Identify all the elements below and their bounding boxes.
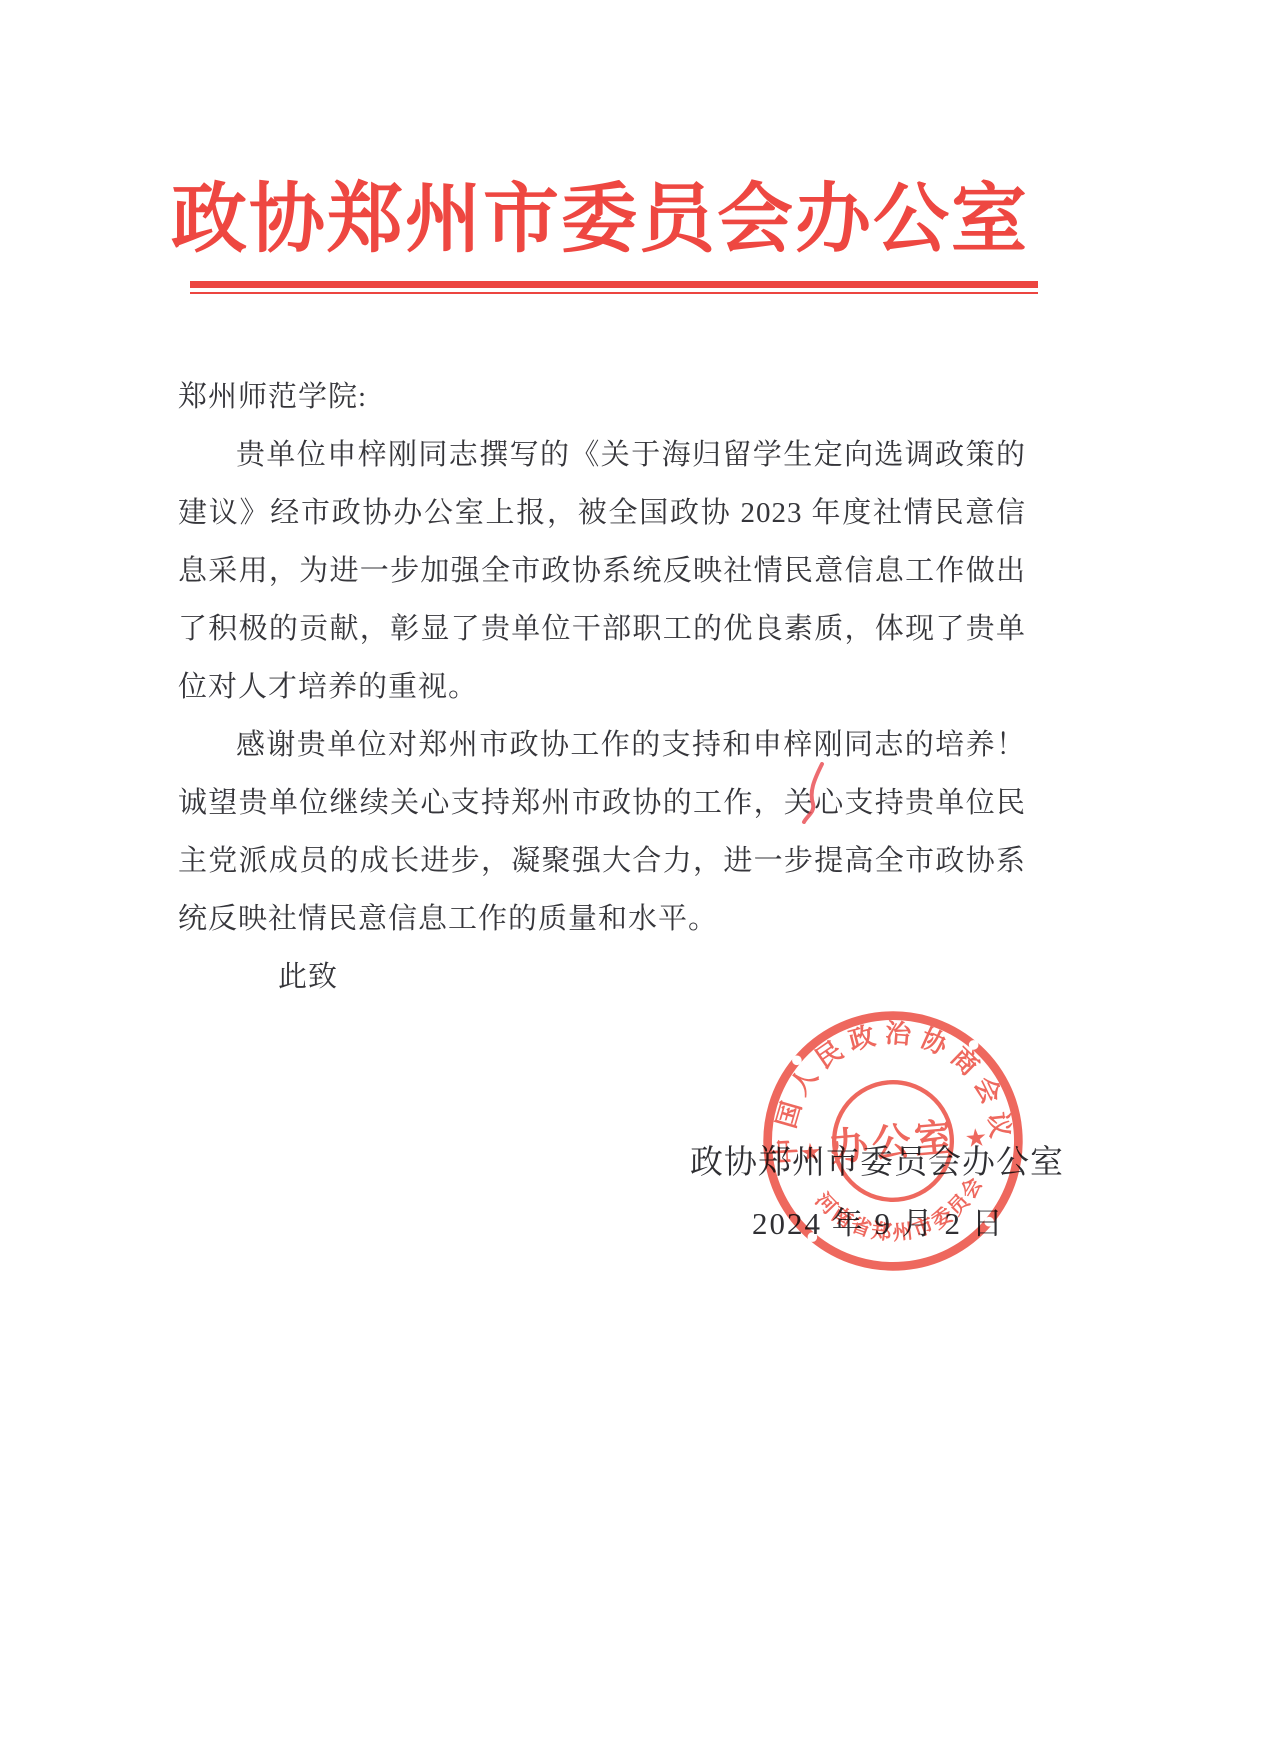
- salutation: 郑州师范学院:: [178, 368, 1026, 426]
- signature: 政协郑州市委员会办公室: [690, 1136, 1064, 1183]
- paragraph-2: 感谢贵单位对郑州市政协工作的支持和申梓刚同志的培养！诚望贵单位继续关心支持郑州市…: [178, 716, 1026, 948]
- divider-thick-line: [190, 281, 1038, 288]
- letter-body: 郑州师范学院: 贵单位申梓刚同志撰写的《关于海归留学生定向选调政策的建议》经市政…: [178, 368, 1026, 1006]
- closing-phrase: 此致: [178, 948, 1026, 1006]
- paragraph-1: 贵单位申梓刚同志撰写的《关于海归留学生定向选调政策的建议》经市政协办公室上报，被…: [178, 426, 1026, 716]
- letter-page: 政协郑州市委员会办公室 郑州师范学院: 贵单位申梓刚同志撰写的《关于海归留学生定…: [0, 0, 1276, 1755]
- divider-thin-line: [190, 292, 1038, 294]
- date: 2024 年 9 月 2 日: [752, 1198, 1005, 1243]
- letterhead-title: 政协郑州市委员会办公室: [0, 158, 1200, 267]
- letterhead: 政协郑州市委员会办公室: [0, 158, 1200, 267]
- letterhead-divider: [190, 281, 1038, 294]
